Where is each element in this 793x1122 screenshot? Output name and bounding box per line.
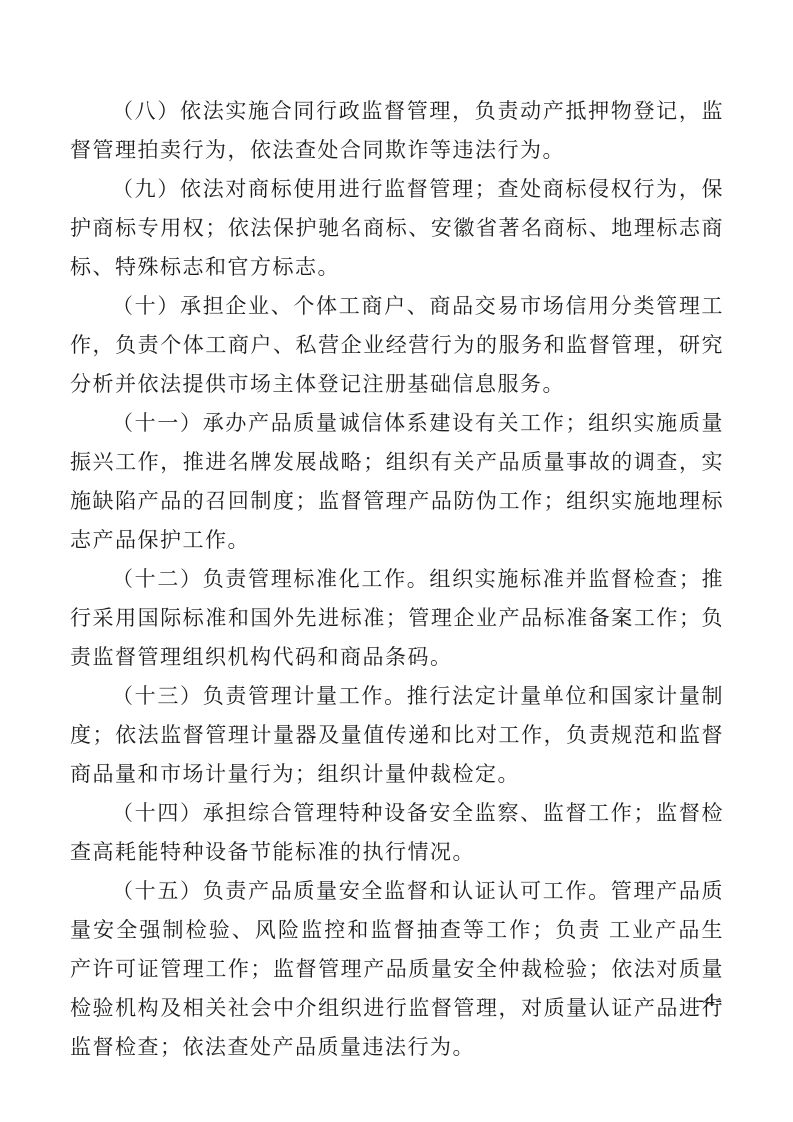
document-page: （八）依法实施合同行政监督管理，负责动产抵押物登记，监督管理拍卖行为，依法查处合… [0,0,793,1122]
paragraph-item-10: （十）承担企业、个体工商户、商品交易市场信用分类管理工作，负责个体工商户、私营企… [70,287,724,404]
paragraph-item-13: （十三）负责管理计量工作。推行法定计量单位和国家计量制度；依法监督管理计量器及量… [70,677,724,794]
paragraph-item-8: （八）依法实施合同行政监督管理，负责动产抵押物登记，监督管理拍卖行为，依法查处合… [70,92,724,170]
paragraph-item-15: （十五）负责产品质量安全监督和认证认可工作。管理产品质量安全强制检验、风险监控和… [70,872,724,1067]
paragraph-item-9: （九）依法对商标使用进行监督管理；查处商标侵权行为，保护商标专用权；依法保护驰名… [70,170,724,287]
paragraph-item-12: （十二）负责管理标准化工作。组织实施标准并监督检查；推行采用国际标准和国外先进标… [70,560,724,677]
paragraph-item-11: （十一）承办产品质量诚信体系建设有关工作；组织实施质量振兴工作，推进名牌发展战略… [70,404,724,560]
document-body: （八）依法实施合同行政监督管理，负责动产抵押物登记，监督管理拍卖行为，依法查处合… [70,92,724,1067]
paragraph-item-14: （十四）承担综合管理特种设备安全监察、监督工作；监督检查高耗能特种设备节能标准的… [70,794,724,872]
page-number: -4- [698,990,723,1012]
